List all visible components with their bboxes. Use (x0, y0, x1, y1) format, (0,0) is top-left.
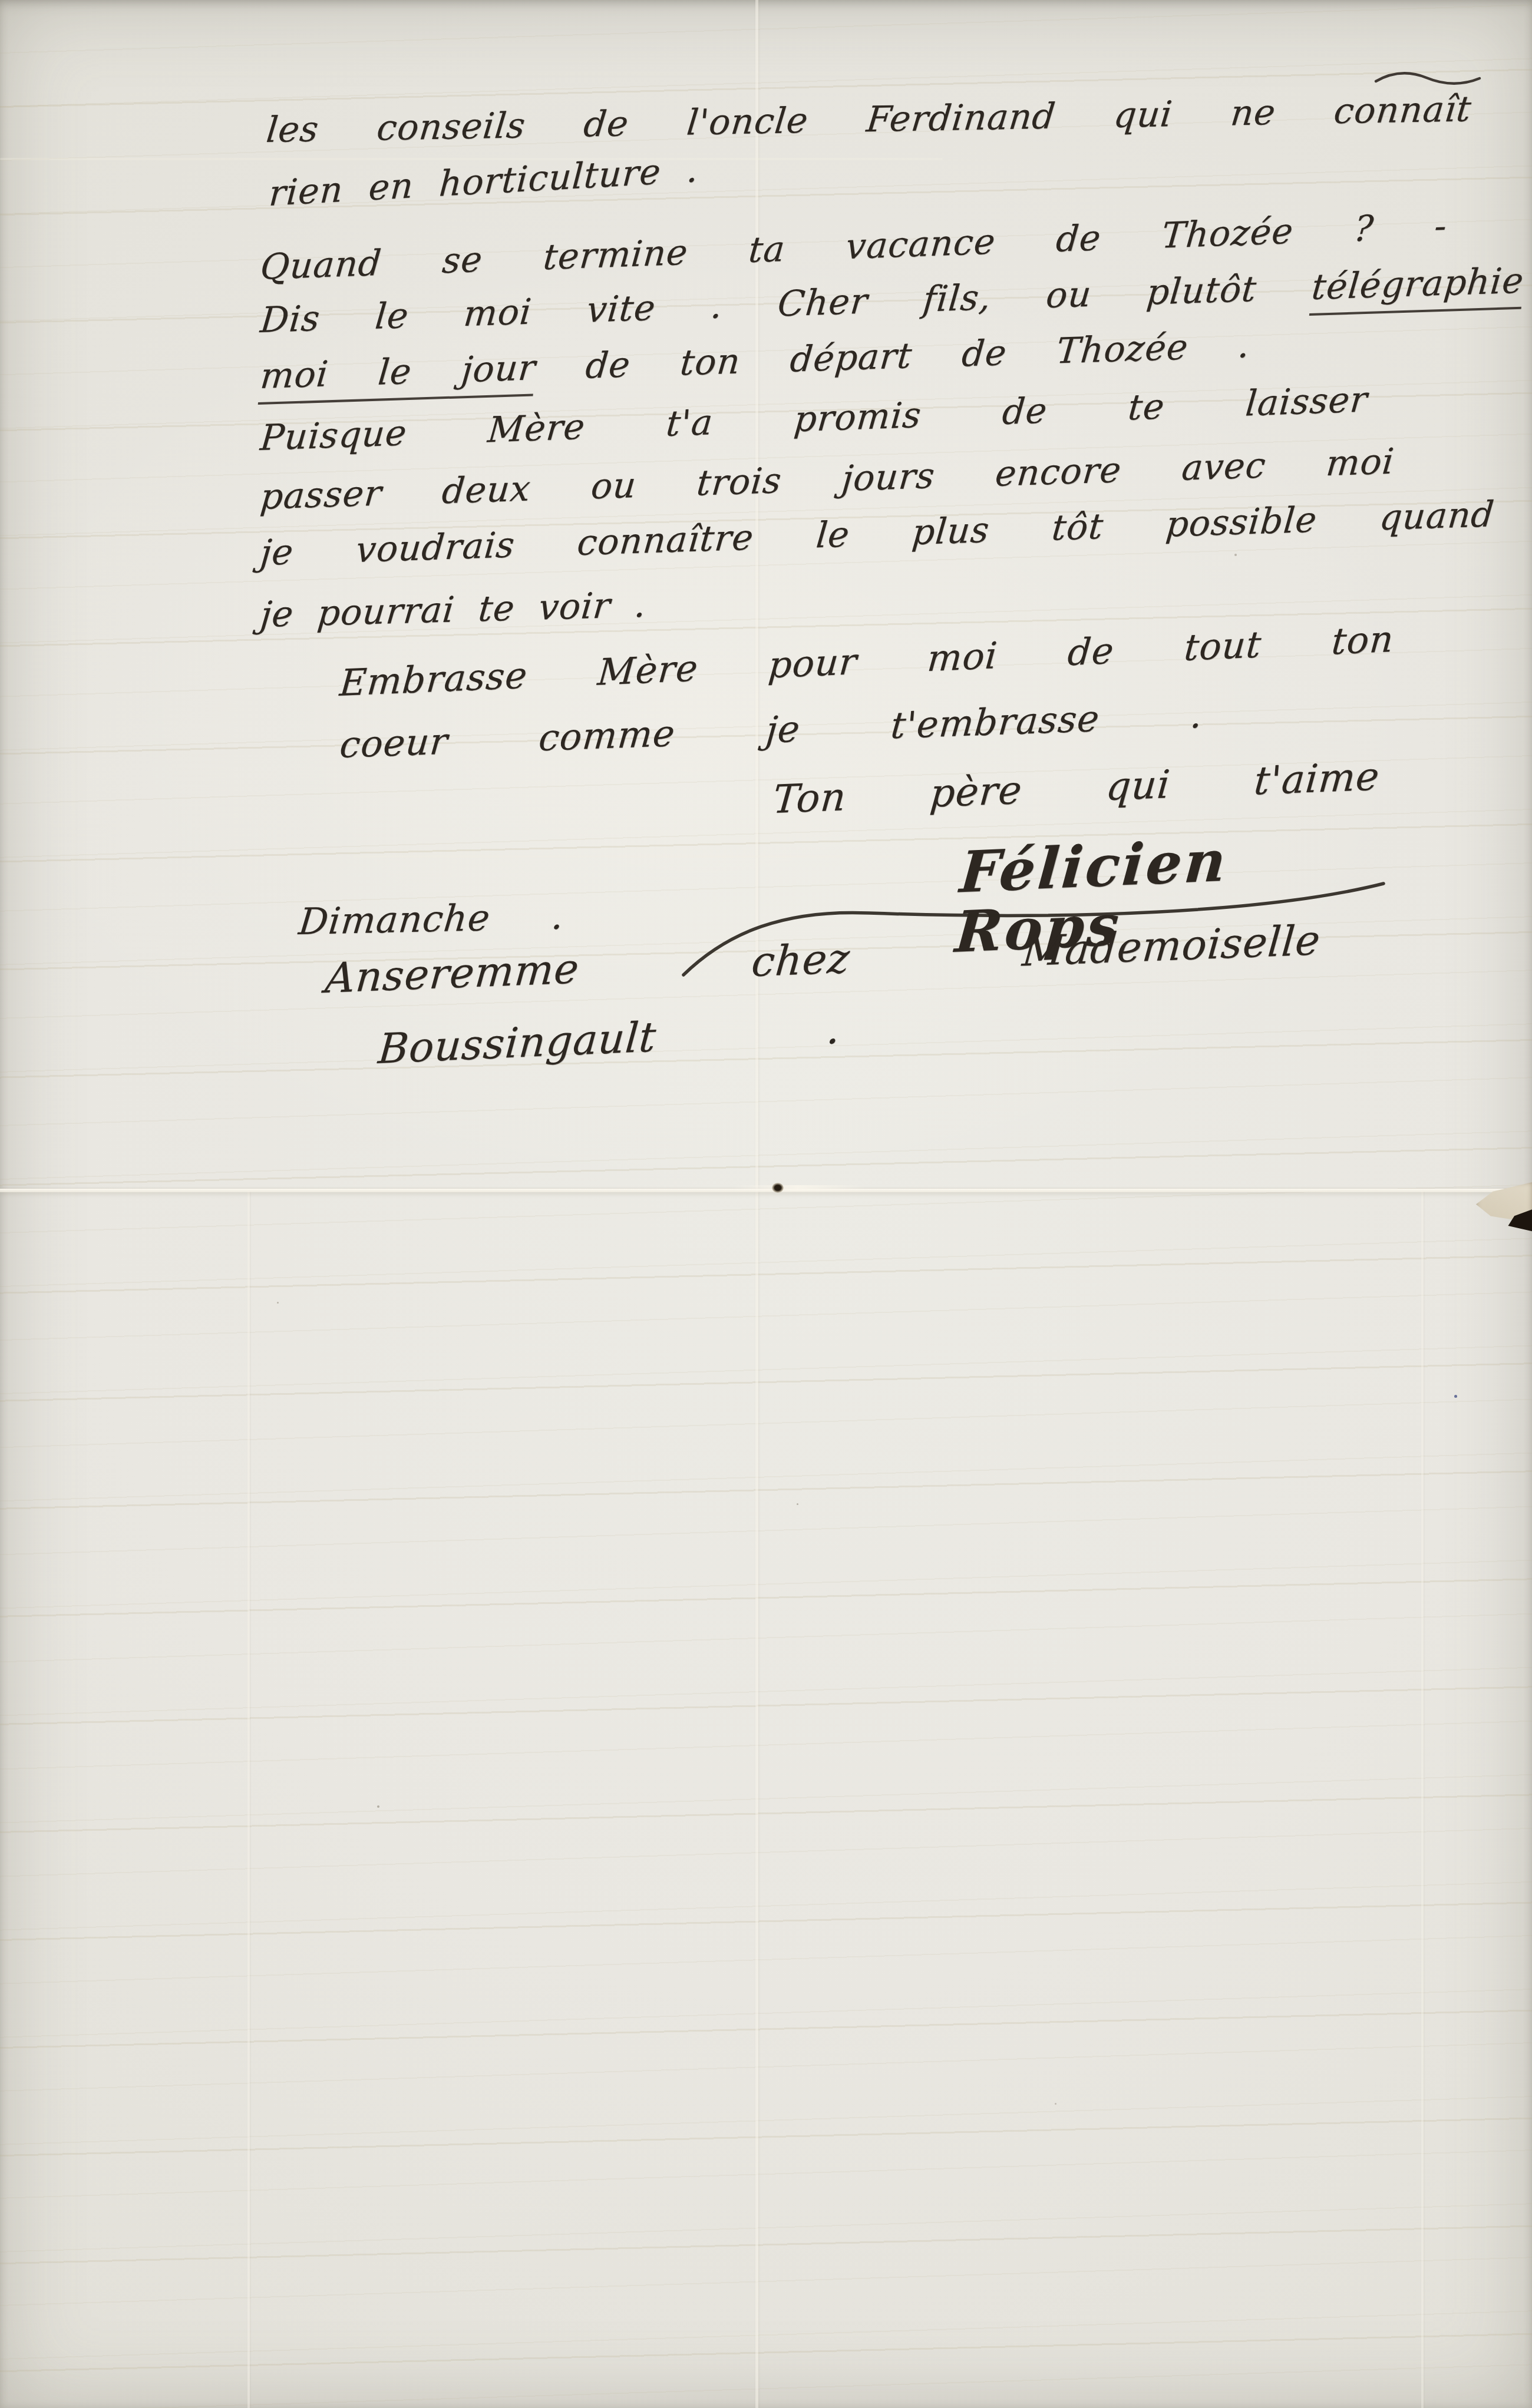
dateline: Dimanche . (297, 897, 566, 941)
paper-crease-streak (354, 855, 913, 858)
paper-speck (797, 1503, 798, 1505)
underlined-word-telegraphie: télégraphie (1309, 260, 1526, 316)
edge-tear (1473, 1175, 1532, 1237)
paper-speck (277, 1302, 279, 1304)
scanned-letter-page: { "colors": { "paper": "#e9e6e0", "ink":… (0, 0, 1532, 2408)
paper-speck (377, 1805, 379, 1808)
letter-line-9: je pourrai te voir . (259, 587, 648, 634)
pinhole (772, 1183, 784, 1193)
paper-speck (1055, 2103, 1056, 2105)
fold-scuff (731, 1185, 866, 1191)
paper-speck (1234, 554, 1237, 556)
ink-speck-blue (1454, 1395, 1457, 1398)
paper-crease-streak (0, 158, 943, 160)
underlined-words-moi-le-jour: moi le jour (258, 347, 538, 405)
